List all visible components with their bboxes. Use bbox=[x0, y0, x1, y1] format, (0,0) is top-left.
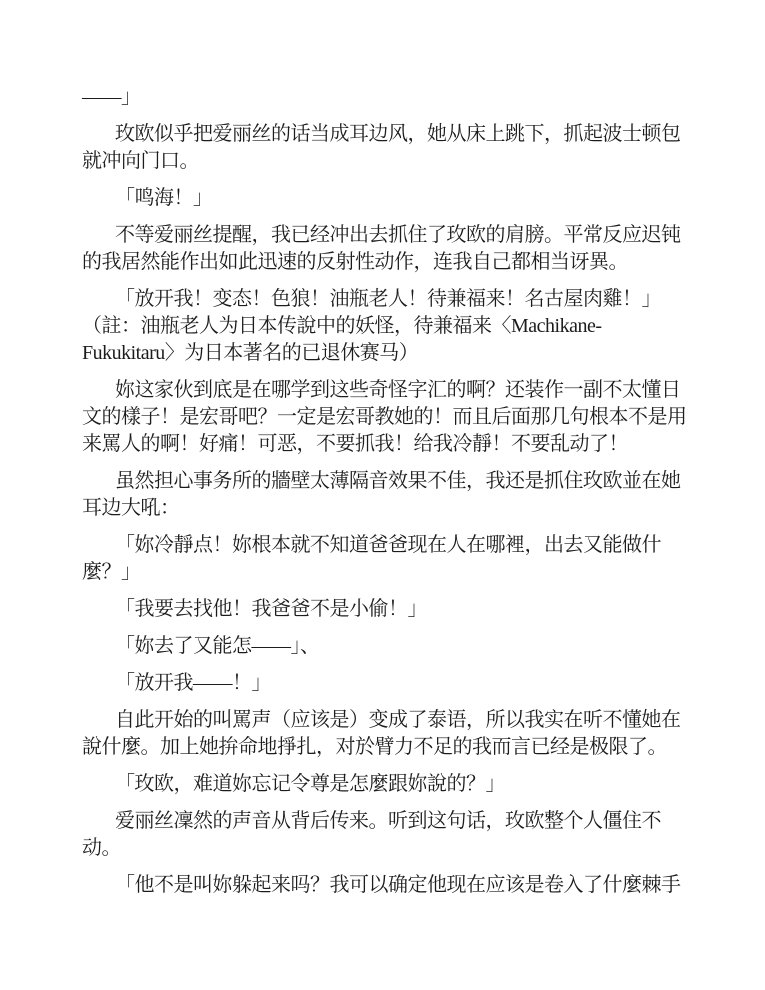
text-line: 麼？」 bbox=[82, 559, 684, 586]
paragraph: 「放开我——！」 bbox=[82, 670, 684, 697]
text-line: 文的樣子！是宏哥吧？一定是宏哥教她的！而且后面那几句根本不是用 bbox=[82, 404, 684, 431]
document-page: ——」玫欧似乎把爱丽丝的话当成耳边风，她从床上跳下，抓起波士顿包就冲向门口。「鸣… bbox=[0, 0, 765, 990]
paragraph: 不等爱丽丝提醒，我已经冲出去抓住了玫欧的肩膀。平常反应迟钝的我居然能作出如此迅速… bbox=[82, 222, 684, 276]
text-line: 「放开我！变态！色狼！油瓶老人！待兼福来！名古屋肉雞！」 bbox=[82, 286, 684, 313]
paragraph: 爱丽丝凜然的声音从背后传来。听到这句话，玫欧整个人僵住不动。 bbox=[82, 808, 684, 862]
text-line: 爱丽丝凜然的声音从背后传来。听到这句话，玫欧整个人僵住不 bbox=[82, 808, 684, 835]
text-line: 动。 bbox=[82, 835, 684, 862]
paragraph: 「他不是叫妳躲起来吗？我可以确定他现在应该是卷入了什麼棘手 bbox=[82, 872, 684, 899]
text-line: 「放开我——！」 bbox=[82, 670, 684, 697]
text-line: 玫欧似乎把爱丽丝的话当成耳边风，她从床上跳下，抓起波士顿包 bbox=[82, 121, 684, 148]
text-line: 「妳冷靜点！妳根本就不知道爸爸现在人在哪裡，出去又能做什 bbox=[82, 532, 684, 559]
paragraph: 「鸣海！」 bbox=[82, 185, 684, 212]
paragraph: ——」 bbox=[82, 84, 684, 111]
text-line: 就冲向门口。 bbox=[82, 148, 684, 175]
text-line: 不等爱丽丝提醒，我已经冲出去抓住了玫欧的肩膀。平常反应迟钝 bbox=[82, 222, 684, 249]
text-line: 「鸣海！」 bbox=[82, 185, 684, 212]
text-line: 「玫欧，难道妳忘记令尊是怎麼跟妳說的？」 bbox=[82, 771, 684, 798]
text-line: 說什麼。加上她拚命地掙扎，对於臂力不足的我而言已经是极限了。 bbox=[82, 734, 684, 761]
text-line: 的我居然能作出如此迅速的反射性动作，连我自己都相当讶異。 bbox=[82, 249, 684, 276]
text-line: 自此开始的叫罵声（应该是）变成了泰语，所以我实在听不懂她在 bbox=[82, 707, 684, 734]
text-line: 来罵人的啊！好痛！可恶，不要抓我！给我冷靜！不要乱动了！ bbox=[82, 431, 684, 458]
text-line: Fukukitaru〉为日本著名的已退休赛马） bbox=[82, 340, 684, 367]
text-line: 虽然担心事务所的牆壁太薄隔音效果不佳，我还是抓住玫欧並在她 bbox=[82, 468, 684, 495]
paragraph: 「妳冷靜点！妳根本就不知道爸爸现在人在哪裡，出去又能做什麼？」 bbox=[82, 532, 684, 586]
paragraph: 「放开我！变态！色狼！油瓶老人！待兼福来！名古屋肉雞！」（註：油瓶老人为日本传說… bbox=[82, 286, 684, 367]
paragraph: 妳这家伙到底是在哪学到这些奇怪字汇的啊？还装作一副不太懂日文的樣子！是宏哥吧？一… bbox=[82, 377, 684, 458]
text-line: 妳这家伙到底是在哪学到这些奇怪字汇的啊？还装作一副不太懂日 bbox=[82, 377, 684, 404]
paragraph: 「玫欧，难道妳忘记令尊是怎麼跟妳說的？」 bbox=[82, 771, 684, 798]
paragraph: 「妳去了又能怎——」、 bbox=[82, 633, 684, 660]
text-line: 「我要去找他！我爸爸不是小偷！」 bbox=[82, 596, 684, 623]
text-line: ——」 bbox=[82, 84, 684, 111]
text-line: （註：油瓶老人为日本传說中的妖怪，待兼福来〈Machikane- bbox=[82, 313, 684, 340]
paragraph: 玫欧似乎把爱丽丝的话当成耳边风，她从床上跳下，抓起波士顿包就冲向门口。 bbox=[82, 121, 684, 175]
paragraph: 「我要去找他！我爸爸不是小偷！」 bbox=[82, 596, 684, 623]
paragraph: 自此开始的叫罵声（应该是）变成了泰语，所以我实在听不懂她在說什麼。加上她拚命地掙… bbox=[82, 707, 684, 761]
text-line: 「妳去了又能怎——」、 bbox=[82, 633, 684, 660]
text-line: 「他不是叫妳躲起来吗？我可以确定他现在应该是卷入了什麼棘手 bbox=[82, 872, 684, 899]
text-column: ——」玫欧似乎把爱丽丝的话当成耳边风，她从床上跳下，抓起波士顿包就冲向门口。「鸣… bbox=[82, 84, 684, 909]
paragraph: 虽然担心事务所的牆壁太薄隔音效果不佳，我还是抓住玫欧並在她耳边大吼： bbox=[82, 468, 684, 522]
text-line: 耳边大吼： bbox=[82, 495, 684, 522]
